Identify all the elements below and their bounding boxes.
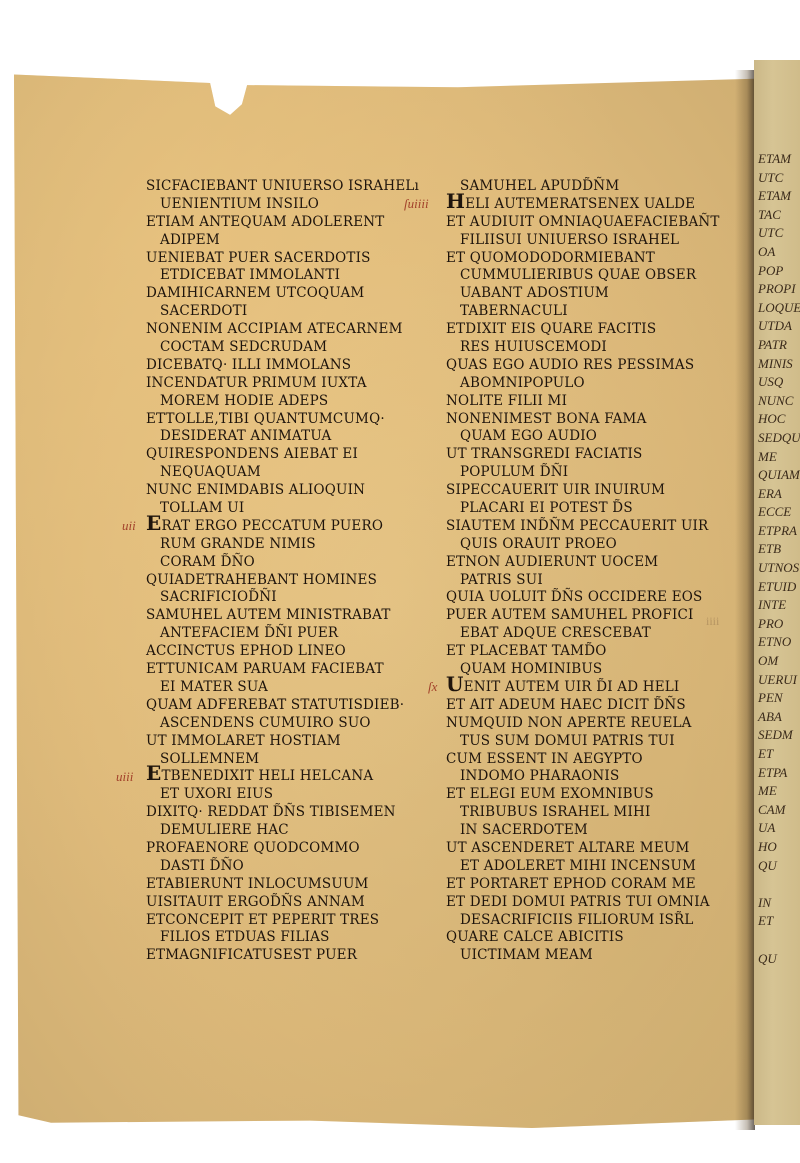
facing-page-fragment: ME (758, 782, 800, 801)
facing-page-fragment: PRO (758, 615, 800, 634)
side-marker: iiii (706, 614, 719, 629)
right-column-line: ET PLACEBAT TAMD̃O (446, 643, 720, 661)
facing-page-fragment: USQ (758, 373, 800, 392)
facing-page-fragment: ETB (758, 540, 800, 559)
right-column-line: QUAS EGO AUDIO RES PESSIMAS (446, 357, 720, 375)
facing-page-fragment: UTDA (758, 317, 800, 336)
facing-page-fragment: LOQUE (758, 299, 800, 318)
left-column-line: ADIPEM (146, 232, 419, 250)
facing-page-fragment: QU (758, 950, 800, 969)
chapter-number-rubric: ſuiiii (404, 196, 429, 212)
facing-page-fragment: ET (758, 912, 800, 931)
right-column-line: UENIT AUTEM UIR D̃I AD HELI (446, 679, 720, 697)
facing-page-fragment: UTNOS (758, 559, 800, 578)
right-column-line: QUARE CALCE ABICITIS (446, 929, 720, 947)
right-column-line: QUAM EGO AUDIO (446, 428, 720, 446)
left-column-line: SACRIFICIOD̃ÑI (146, 589, 419, 607)
chapter-number-rubric: ſx (428, 679, 437, 695)
left-column-line: MOREM HODIE ADEPS (146, 393, 419, 411)
left-column-line: DICEBATQ· ILLI IMMOLANS (146, 357, 419, 375)
facing-page-fragment: ME (758, 448, 800, 467)
left-column-line: NUNC ENIMDABIS ALIOQUIN (146, 482, 419, 500)
left-column-line: ETMAGNIFICATUSEST PUER (146, 947, 419, 965)
facing-page-fragment: ETNO (758, 633, 800, 652)
facing-page-fragment: PATR (758, 336, 800, 355)
facing-page-fragment: ETAM (758, 150, 800, 169)
facing-page-fragment: IN (758, 894, 800, 913)
right-column-line: TRIBUBUS ISRAHEL MIHI (446, 804, 720, 822)
left-column-line: ETIAM ANTEQUAM ADOLERENT (146, 214, 419, 232)
right-column-line: ET AIT ADEUM HAEC DICIT D̃ÑS (446, 697, 720, 715)
left-column-line: ETTUNICAM PARUAM FACIEBAT (146, 661, 419, 679)
left-column-line: ETCONCEPIT ET PEPERIT TRES (146, 912, 419, 930)
right-column-line: NUMQUID NON APERTE REUELA (446, 715, 720, 733)
left-column-line: UENIENTIUM INSILO (146, 196, 419, 214)
left-column-line: INCENDATUR PRIMUM IUXTA (146, 375, 419, 393)
facing-page-fragment: ETUID (758, 578, 800, 597)
facing-page-fragment: INTE (758, 596, 800, 615)
left-column-line: COCTAM SEDCRUDAM (146, 339, 419, 357)
left-column-line: PROFAENORE QUODCOMMO (146, 840, 419, 858)
facing-page-fragment: ETPRA (758, 522, 800, 541)
right-column-line: SAMUHEL APUDD̃ÑM (446, 178, 720, 196)
facing-page-fragment: UTC (758, 224, 800, 243)
facing-page-fragment: UERUI (758, 671, 800, 690)
right-column-line: ETDIXIT EIS QUARE FACITIS (446, 321, 720, 339)
left-column-line: DEMULIERE HAC (146, 822, 419, 840)
right-column-line: RES HUIUSCEMODI (446, 339, 720, 357)
left-column-line: EI MATER SUA (146, 679, 419, 697)
right-text-column: SAMUHEL APUDD̃ÑMHELI AUTEMERATSENEX UAL… (446, 178, 720, 965)
left-column-line: DIXITQ· REDDAT D̃ÑS TIBISEMEN (146, 804, 419, 822)
right-column-line: UT ASCENDERET ALTARE MEUM (446, 840, 720, 858)
right-column-line: CUMMULIERIBUS QUAE OBSER (446, 267, 720, 285)
right-column-line: ET DEDI DOMUI PATRIS TUI OMNIA (446, 894, 720, 912)
right-column-line: ET QUOMODODORMIEBANT (446, 250, 720, 268)
right-column-line: QUAM HOMINIBUS (446, 661, 720, 679)
facing-page-fragment: PROPI (758, 280, 800, 299)
left-column-line: DASTI D̃ÑO (146, 858, 419, 876)
right-column-line: SIAUTEM IND̃ÑM PECCAUERIT UIR (446, 518, 720, 536)
left-column-line: ERAT ERGO PECCATUM PUERO (146, 518, 419, 536)
facing-page-fragment: SEDQU (758, 429, 800, 448)
left-column-line: SACERDOTI (146, 303, 419, 321)
left-column-line: NEQUAQUAM (146, 464, 419, 482)
facing-page-fragment: QUIAM (758, 466, 800, 485)
left-column-line: ETTOLLE,TIBI QUANTUMCUMQ· (146, 411, 419, 429)
left-column-line: SAMUHEL AUTEM MINISTRABAT (146, 607, 419, 625)
right-column-line: PLACARI EI POTEST D̃S (446, 500, 720, 518)
right-column-line: NOLITE FILII MI (446, 393, 720, 411)
facing-page-fragment (758, 931, 800, 950)
facing-page-fragment: NUNC (758, 392, 800, 411)
facing-page-fragment: MINIS (758, 355, 800, 374)
facing-page-fragment: ETPA (758, 764, 800, 783)
facing-page-fragment: UTC (758, 169, 800, 188)
right-column-line: QUIS ORAUIT PROEO (446, 536, 720, 554)
right-column-line: INDOMO PHARAONIS (446, 768, 720, 786)
right-column-line: SIPECCAUERIT UIR INUIRUM (446, 482, 720, 500)
right-column-line: UICTIMAM MEAM (446, 947, 720, 965)
left-column-line: QUIRESPONDENS AIEBAT EI (146, 446, 419, 464)
left-column-line: ET UXORI EIUS (146, 786, 419, 804)
right-column-line: HELI AUTEMERATSENEX UALDE (446, 196, 720, 214)
right-column-line: ABOMNIPOPULO (446, 375, 720, 393)
right-column-line: DESACRIFICIIS FILIORUM ISR̃L (446, 912, 720, 930)
right-column-line: PUER AUTEM SAMUHEL PROFICI (446, 607, 720, 625)
left-column-line: DESIDERAT ANIMATUA (146, 428, 419, 446)
decorated-initial: E (146, 761, 161, 785)
right-column-line: ET ADOLERET MIHI INCENSUM (446, 858, 720, 876)
facing-page-fragment: HO (758, 838, 800, 857)
right-column-line: FILIISUI UNIUERSO ISRAHEL (446, 232, 720, 250)
decorated-initial: E (146, 511, 161, 535)
facing-page-fragment: ET (758, 745, 800, 764)
facing-page-fragment: ETAM (758, 187, 800, 206)
facing-page-fragment: ECCE (758, 503, 800, 522)
decorated-initial: H (446, 189, 465, 213)
right-column-line: UABANT ADOSTIUM (446, 285, 720, 303)
right-column-line: NONENIMEST BONA FAMA (446, 411, 720, 429)
left-column-line: ASCENDENS CUMUIRO SUO (146, 715, 419, 733)
right-column-line: POPULUM D̃ÑI (446, 464, 720, 482)
right-column-line: CUM ESSENT IN AEGYPTO (446, 751, 720, 769)
facing-page-fragment: QU (758, 857, 800, 876)
left-column-line: RUM GRANDE NIMIS (146, 536, 419, 554)
right-column-line: ET AUDIUIT OMNIAQUAEFACIEBAÑT (446, 214, 720, 232)
right-column-line: ET PORTARET EPHOD CORAM ME (446, 876, 720, 894)
left-column-line: TOLLAM UI (146, 500, 419, 518)
facing-page-fragment: ABA (758, 708, 800, 727)
left-column-line: ETABIERUNT INLOCUMSUUM (146, 876, 419, 894)
left-column-line: UENIEBAT PUER SACERDOTIS (146, 250, 419, 268)
right-column-line: TUS SUM DOMUI PATRIS TUI (446, 733, 720, 751)
left-column-line: SICFACIEBANT UNIUERSO ISRAHELı (146, 178, 419, 196)
left-column-line: ACCINCTUS EPHOD LINEO (146, 643, 419, 661)
facing-page-fragment: SEDM (758, 726, 800, 745)
facing-page-fragment: OA (758, 243, 800, 262)
facing-page-text: ETAMUTCETAMTACUTCOAPOPPROPILOQUEUTDAPATR… (758, 150, 800, 968)
facing-page-fragment: CAM (758, 801, 800, 820)
right-column-line: UT TRANSGREDI FACIATIS (446, 446, 720, 464)
right-column-line: QUIA UOLUIT D̃ÑS OCCIDERE EOS (446, 589, 720, 607)
left-column-line: SOLLEMNEM (146, 751, 419, 769)
right-column-line: PATRIS SUI (446, 572, 720, 590)
left-column-line: ANTEFACIEM D̃ÑI PUER (146, 625, 419, 643)
decorated-initial: U (446, 672, 464, 696)
facing-page-fragment (758, 875, 800, 894)
left-column-line: CORAM D̃ÑO (146, 554, 419, 572)
right-column-line: IN SACERDOTEM (446, 822, 720, 840)
left-column-line: QUIADETRAHEBANT HOMINES (146, 572, 419, 590)
left-column-line: UT IMMOLARET HOSTIAM (146, 733, 419, 751)
facing-page-fragment: UA (758, 819, 800, 838)
chapter-number-rubric: uii (122, 518, 136, 534)
left-column-line: QUAM ADFEREBAT STATUTISDIEB· (146, 697, 419, 715)
right-column-line: EBAT ADQUE CRESCEBAT (446, 625, 720, 643)
left-column-line: ETDICEBAT IMMOLANTI (146, 267, 419, 285)
chapter-number-rubric: uiii (116, 769, 133, 785)
left-column-line: ETBENEDIXIT HELI HELCANA (146, 768, 419, 786)
left-column-line: NONENIM ACCIPIAM ATECARNEM (146, 321, 419, 339)
facing-page-fragment: OM (758, 652, 800, 671)
right-column-line: TABERNACULI (446, 303, 720, 321)
left-column-line: FILIOS ETDUAS FILIAS (146, 929, 419, 947)
facing-page-edge: ETAMUTCETAMTACUTCOAPOPPROPILOQUEUTDAPATR… (754, 60, 800, 1125)
left-text-column: SICFACIEBANT UNIUERSO ISRAHELıUENIENTIUM… (146, 178, 419, 965)
right-column-line: ETNON AUDIERUNT UOCEM (446, 554, 720, 572)
left-column-line: UISITAUIT ERGOD̃ÑS ANNAM (146, 894, 419, 912)
left-column-line: DAMIHICARNEM UTCOQUAM (146, 285, 419, 303)
facing-page-fragment: PEN (758, 689, 800, 708)
facing-page-fragment: HOC (758, 410, 800, 429)
gutter-shadow (735, 70, 755, 1130)
right-column-line: ET ELEGI EUM EXOMNIBUS (446, 786, 720, 804)
facing-page-fragment: POP (758, 262, 800, 281)
facing-page-fragment: ERA (758, 485, 800, 504)
facing-page-fragment: TAC (758, 206, 800, 225)
